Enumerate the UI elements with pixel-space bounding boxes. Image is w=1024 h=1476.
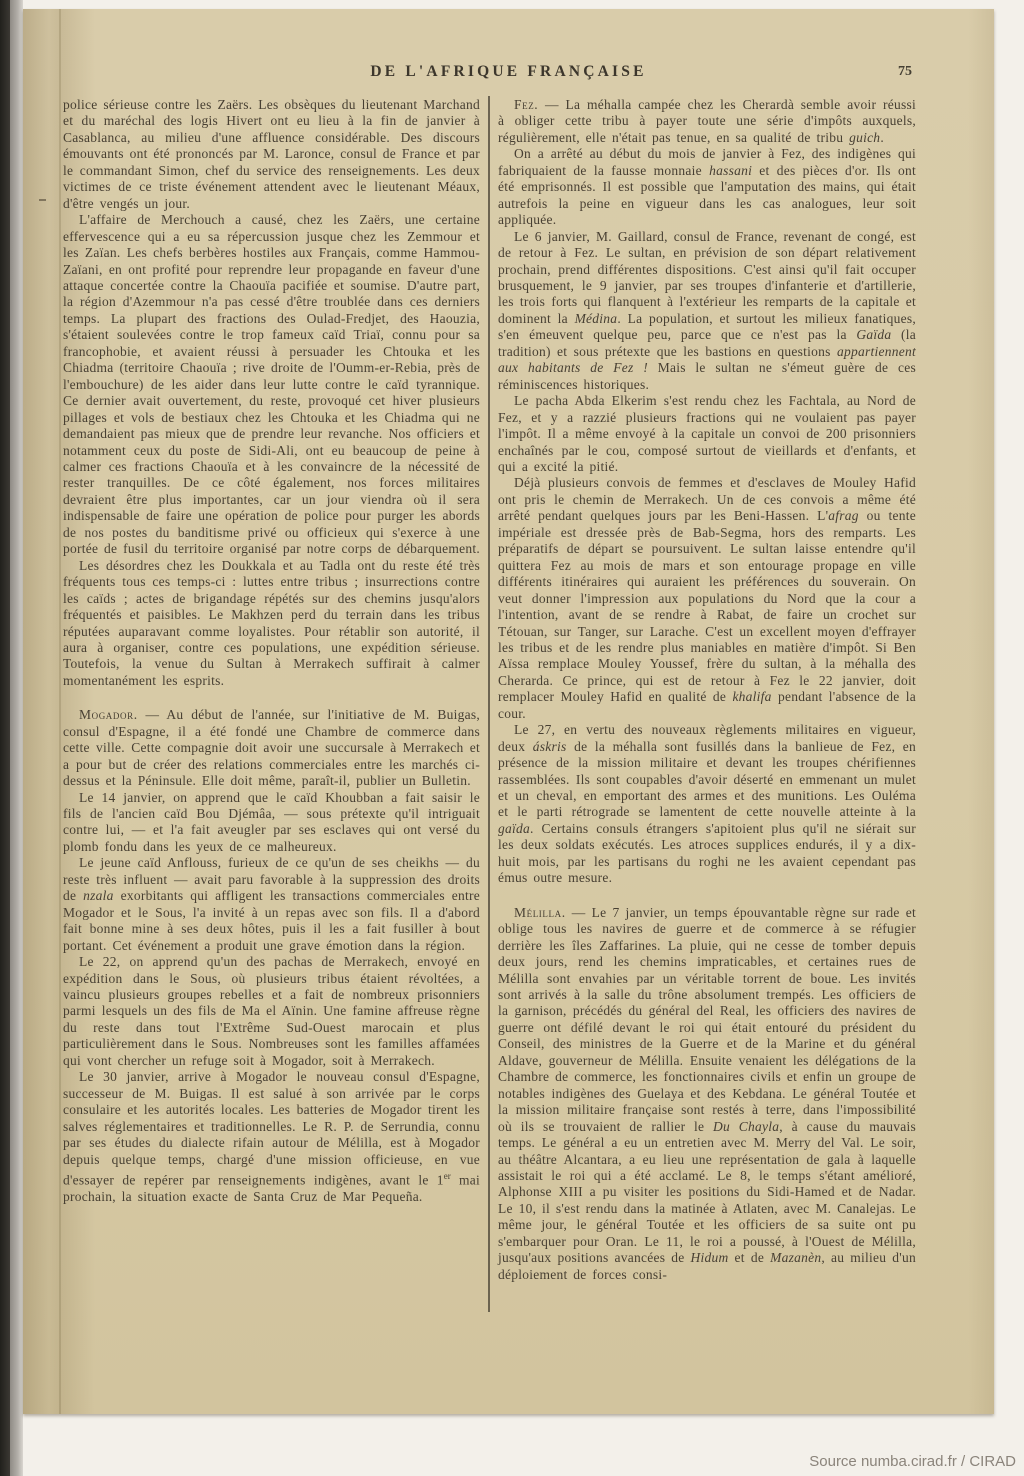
paragraph: Le jeune caïd Anflouss, furieux de ce qu…: [63, 855, 480, 954]
text-segment: Du Chayla: [713, 1119, 779, 1134]
running-title: DE L'AFRIQUE FRANÇAISE: [23, 63, 994, 81]
text-segment: L'affaire de Merchouch a causé, chez les…: [63, 212, 480, 556]
section-lead: Fez.: [514, 97, 538, 112]
text-segment: nzala: [83, 888, 114, 903]
margin-ink-mark: [39, 199, 46, 201]
text-segment: afrag: [828, 508, 859, 523]
page-fold-crease: [59, 9, 61, 1414]
paragraph: police sérieuse contre les Zaërs. Les ob…: [63, 97, 480, 212]
paragraph: Le 6 janvier, M. Gaillard, consul de Fra…: [498, 229, 916, 394]
text-segment: khalifa: [732, 689, 771, 704]
text-segment: Le pacha Abda Elkerim s'est rendu chez l…: [498, 393, 916, 474]
scanned-page-view: { "scan": { "attribution": "Source numba…: [0, 0, 1024, 1476]
text-segment: guich: [849, 130, 880, 145]
section-lead: Mogador.: [79, 707, 138, 722]
paragraph: Mogador. — Au début de l'année, sur l'in…: [63, 707, 480, 789]
text-segment: — Le 7 janvier, un temps épouvantable rè…: [498, 905, 916, 1134]
paragraph: Le 22, on apprend qu'un des pachas de Me…: [63, 954, 480, 1069]
text-segment: police sérieuse contre les Zaërs. Les ob…: [63, 97, 480, 211]
text-segment: áskris: [533, 739, 567, 754]
text-segment: . Certains consuls étrangers s'apitoient…: [498, 821, 916, 885]
paragraph: Le 30 janvier, arrive à Mogador le nouve…: [63, 1069, 480, 1205]
text-segment: Le 22, on apprend qu'un des pachas de Me…: [63, 954, 480, 1068]
page-number: 75: [898, 64, 912, 80]
paragraph: Fez. — La méhalla campée chez les Cherar…: [498, 97, 916, 146]
section-lead: Mélilla.: [514, 905, 566, 920]
column-divider-rule: [488, 96, 490, 1312]
paragraph: Les désordres chez les Doukkala et au Ta…: [63, 558, 480, 690]
page-header: DE L'AFRIQUE FRANÇAISE 75: [23, 63, 994, 87]
text-column-right: Fez. — La méhalla campée chez les Cherar…: [498, 97, 916, 1283]
text-segment: Hidum: [691, 1250, 729, 1265]
paragraph: L'affaire de Merchouch a causé, chez les…: [63, 212, 480, 558]
text-segment: gaïda: [498, 821, 530, 836]
text-segment: Gaïda: [856, 327, 891, 342]
paragraph: Le 14 janvier, on apprend que le caïd Kh…: [63, 790, 480, 856]
text-segment: hassani: [709, 163, 752, 178]
text-segment: .: [880, 130, 884, 145]
paragraph: On a arrêté au début du mois de janvier …: [498, 146, 916, 228]
text-segment: Le 30 janvier, arrive à Mogador le nouve…: [63, 1069, 480, 1187]
text-column-left: police sérieuse contre les Zaërs. Les ob…: [63, 97, 480, 1205]
book-binding-edge-light: [10, 0, 23, 1476]
text-segment: et de: [729, 1250, 771, 1265]
text-segment: Le 14 janvier, on apprend que le caïd Kh…: [63, 790, 480, 854]
paragraph: Déjà plusieurs convois de femmes et d'es…: [498, 475, 916, 722]
text-segment: Mazanèn: [770, 1250, 821, 1265]
paragraph: Mélilla. — Le 7 janvier, un temps épouva…: [498, 905, 916, 1283]
book-binding-edge-dark: [0, 0, 10, 1476]
text-segment: exorbitants qui affligent les transactio…: [63, 888, 480, 952]
text-segment: , à cause du mauvais temps. Le général a…: [498, 1119, 916, 1266]
text-segment: Médina: [575, 311, 618, 326]
magazine-page: DE L'AFRIQUE FRANÇAISE 75 police sérieus…: [23, 9, 994, 1414]
text-segment: er: [444, 1171, 451, 1181]
text-segment: Les désordres chez les Doukkala et au Ta…: [63, 558, 480, 688]
text-segment: ou tente impériale est dressée près de B…: [498, 508, 916, 704]
paragraph: Le 27, en vertu des nouveaux règlements …: [498, 722, 916, 887]
source-attribution: Source numba.cirad.fr / CIRAD: [809, 1453, 1016, 1470]
paragraph: Le pacha Abda Elkerim s'est rendu chez l…: [498, 393, 916, 475]
